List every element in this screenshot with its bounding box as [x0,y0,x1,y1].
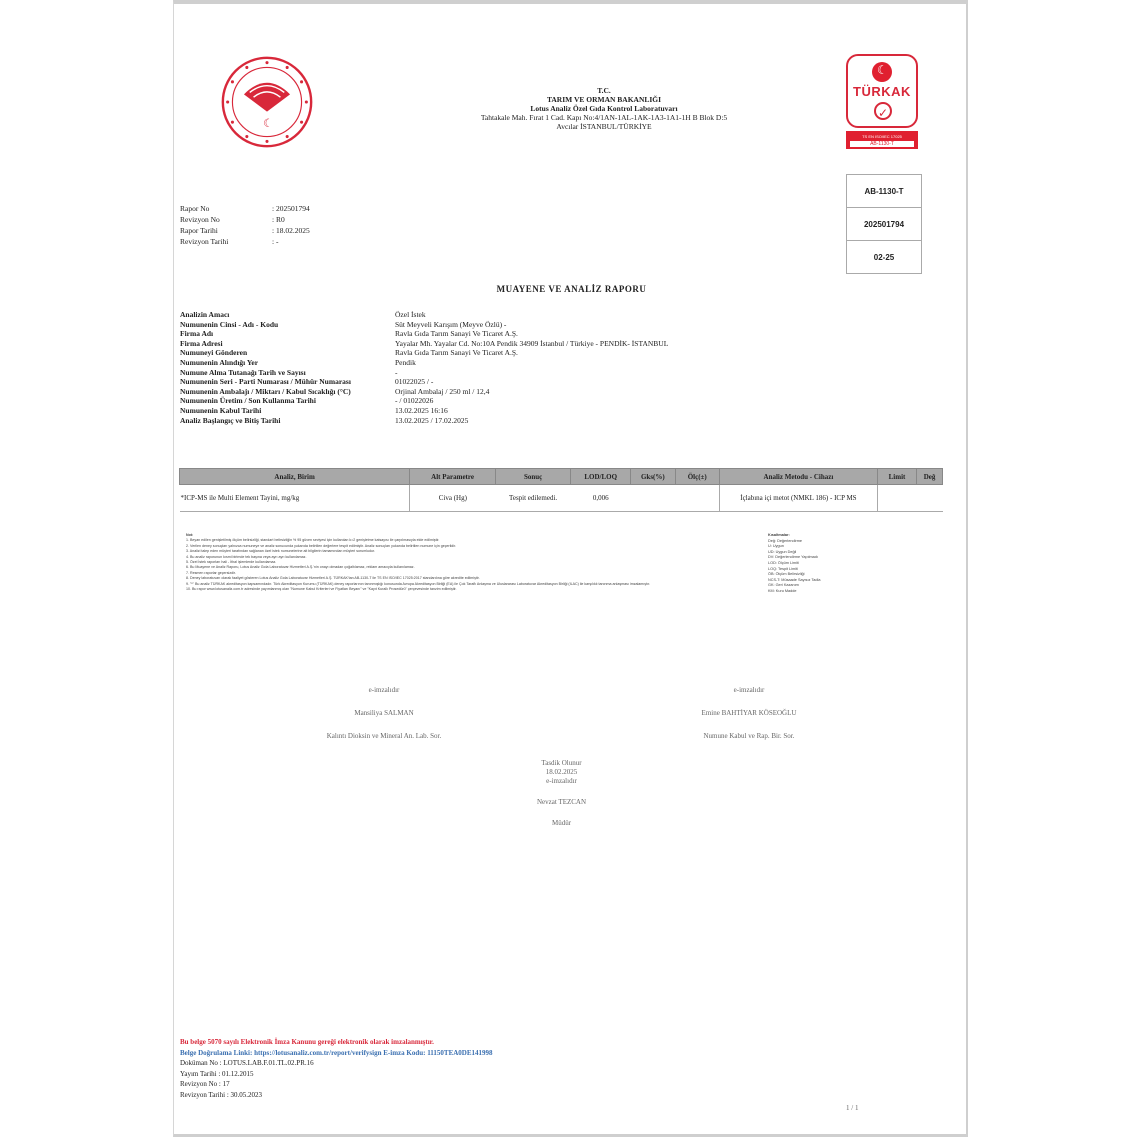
col-subparameter: Alt Parametre [410,469,496,485]
info-row: Numunenin Alındığı YerPendik [180,358,668,368]
page-number: 1 / 1 [846,1104,858,1112]
info-value: 13.02.2025 / 17.02.2025 [395,416,468,425]
col-evaluation: Değ [917,469,943,485]
accreditation-code-small: AB-1130-T [850,141,914,147]
info-row: Analiz Başlangıç ve Bitiş Tarihi13.02.20… [180,416,668,426]
meta-label: Revizyon Tarihi [180,236,272,247]
turkak-accreditation-badge: TÜRKAK ✓ TS EN ISO/IEC 17025 AB-1130-T [846,54,922,149]
document-number: Doküman No : LOTUS.LAB.F.01.TL.02.PR.16 [180,1058,493,1069]
signature-center: Tasdik Olunur 18.02.2025 e-imzalıdır Nev… [474,759,649,828]
cell-analysis: *ICP-MS ile Multi Element Tayini, mg/kg [180,485,410,512]
col-result: Sonuç [495,469,570,485]
info-value: Yayalar Mh. Yayalar Cd. No:10A Pendik 34… [395,339,668,348]
col-limit: Limit [877,469,916,485]
notes-section: Not: 1. Beyan edilen genişletilmiş ölçüm… [186,533,756,592]
info-label: Numunenin Kabul Tarihi [180,406,395,416]
crescent-star-icon [872,62,892,82]
signature-status: e-imzalıdır [639,685,859,696]
ministry-seal-icon: ☾ [219,54,315,150]
cell-method: İçlabına içi metot (NMKL 186) - ICP MS [719,485,877,512]
info-row: Numunenin Kabul Tarihi13.02.2025 16:16 [180,406,668,416]
meta-value: : - [272,237,278,246]
document-footer: Bu belge 5070 sayılı Elektronik İmza Kan… [180,1037,493,1100]
info-value: Özel İstek [395,310,426,319]
note-item: 10. Bu rapor www.lotusanaliz.com.tr adre… [186,587,756,592]
signature-status: e-imzalıdır [274,685,494,696]
info-value: 01022025 / - [395,377,433,386]
col-method: Analiz Metodu - Cihazı [719,469,877,485]
info-value: Süt Meyveli Karışım (Meyve Özlü) - [395,320,506,329]
info-value: - [395,368,398,377]
report-page: ☾ T.C. TARIM VE ORMAN BAKANLIĞI Lotus An… [173,0,968,1137]
header-address-line1: Tahtakale Mah. Fırat 1 Cad. Kapı No:4/1A… [424,113,784,122]
col-recovery: Gks(%) [631,469,675,485]
info-row: Numunenin Seri - Parti Numarası / Mühür … [180,377,668,387]
header-tc: T.C. [424,86,784,95]
signature-role: Müdür [474,819,649,828]
info-label: Numunenin Cinsi - Adı - Kodu [180,320,395,330]
meta-value: : 18.02.2025 [272,226,310,235]
accreditation-standard-text: TS EN ISO/IEC 17025 [846,134,918,139]
report-meta: Rapor No: 202501794 Revizyon No: R0 Rapo… [180,203,310,247]
checkmark-icon: ✓ [874,102,892,120]
signature-left: e-imzalıdır Mansiliya SALMAN Kalıntı Dio… [274,685,494,742]
meta-value: : 202501794 [272,204,310,213]
cell-subparameter: Civa (Hg) [410,485,496,512]
accreditation-standard: TS EN ISO/IEC 17025 AB-1130-T [846,131,918,149]
info-row: Numunenin Üretim / Son Kullanma Tarihi- … [180,396,668,406]
info-label: Numune Alma Tutanağı Tarih ve Sayısı [180,368,395,378]
svg-text:☾: ☾ [263,118,273,130]
signature-name: Nevzat TEZCAN [474,798,649,807]
info-label: Numuneyi Gönderen [180,348,395,358]
signature-right: e-imzalıdır Emine BAHTİYAR KÖSEOĞLU Numu… [639,685,859,742]
footer-revision-no: Revizyon No : 17 [180,1079,493,1090]
info-value: - / 01022026 [395,396,433,405]
signature-role: Kalıntı Dioksin ve Mineral An. Lab. Sor. [274,731,494,742]
info-label: Numunenin Üretim / Son Kullanma Tarihi [180,396,395,406]
header-lab-name: Lotus Analiz Özel Gıda Kontrol Laboratuv… [424,104,784,113]
header-address-line2: Avcılar İSTANBUL/TÜRKİYE [424,122,784,131]
header-ministry: TARIM VE ORMAN BAKANLIĞI [424,95,784,104]
abbreviation-item: KM: Kuru Madde [768,589,820,595]
institution-header: T.C. TARIM VE ORMAN BAKANLIĞI Lotus Anal… [424,86,784,131]
cell-uncertainty [675,485,719,512]
info-label: Numunenin Seri - Parti Numarası / Mühür … [180,377,395,387]
info-row: Numune Alma Tutanağı Tarih ve Sayısı- [180,368,668,378]
info-row: Analizin AmacıÖzel İstek [180,310,668,320]
signature-name: Mansiliya SALMAN [274,708,494,719]
table-row: *ICP-MS ile Multi Element Tayini, mg/kg … [180,485,943,512]
info-row: Firma AdresiYayalar Mh. Yayalar Cd. No:1… [180,339,668,349]
report-number-cell: 202501794 [847,208,922,241]
cell-recovery [631,485,675,512]
info-label: Analiz Başlangıç ve Bitiş Tarihi [180,416,395,426]
col-uncertainty: Ölç(±) [675,469,719,485]
document-title: MUAYENE VE ANALİZ RAPORU [174,284,969,294]
cell-evaluation [917,485,943,512]
meta-label: Rapor No [180,203,272,214]
col-analysis: Analiz, Birim [180,469,410,485]
meta-label: Revizyon No [180,214,272,225]
cell-limit [877,485,916,512]
info-value: Orjinal Ambalaj / 250 ml / 12,4 [395,387,489,396]
footer-revision-date: Revizyon Tarihi : 30.05.2023 [180,1090,493,1101]
info-value: Ravla Gıda Tarım Sanayi Ve Ticaret A.Ş. [395,329,518,338]
signature-status: e-imzalıdır [474,777,649,786]
publish-date: Yayım Tarihi : 01.12.2015 [180,1069,493,1080]
abbreviations-legend: Kısaltmalar: Değ: Değerlendirme U: Uygun… [768,533,820,595]
info-row: Numuneyi GönderenRavla Gıda Tarım Sanayi… [180,348,668,358]
approval-date: 18.02.2025 [474,768,649,777]
cell-result: Tespit edilemedi. [495,485,570,512]
sample-info: Analizin AmacıÖzel İstek Numunenin Cinsi… [180,310,668,425]
info-label: Numunenin Alındığı Yer [180,358,395,368]
info-label: Firma Adı [180,329,395,339]
results-header-row: Analiz, Birim Alt Parametre Sonuç LOD/LO… [180,469,943,485]
info-value: 13.02.2025 16:16 [395,406,448,415]
signature-role: Numune Kabul ve Rap. Bir. Sor. [639,731,859,742]
info-row: Firma AdıRavla Gıda Tarım Sanayi Ve Tica… [180,329,668,339]
info-value: Ravla Gıda Tarım Sanayi Ve Ticaret A.Ş. [395,348,518,357]
turkak-logo-text: TÜRKAK [848,84,916,99]
cell-lod-loq: 0,006 [571,485,631,512]
signature-name: Emine BAHTİYAR KÖSEOĞLU [639,708,859,719]
info-row: Numunenin Cinsi - Adı - KoduSüt Meyveli … [180,320,668,330]
info-value: Pendik [395,358,416,367]
approval-label: Tasdik Olunur [474,759,649,768]
esign-notice: Bu belge 5070 sayılı Elektronik İmza Kan… [180,1037,493,1048]
info-label: Firma Adresi [180,339,395,349]
accreditation-period: 02-25 [847,241,922,274]
accreditation-number: AB-1130-T [847,175,922,208]
meta-label: Rapor Tarihi [180,225,272,236]
results-table: Analiz, Birim Alt Parametre Sonuç LOD/LO… [179,468,943,512]
info-label: Analizin Amacı [180,310,395,320]
col-lod-loq: LOD/LOQ [571,469,631,485]
verification-link[interactable]: Belge Doğrulama Linki: https://lotusanal… [180,1048,493,1059]
accreditation-code-table: AB-1130-T 202501794 02-25 [846,174,922,274]
info-label: Numunenin Ambalajı / Miktarı / Kabul Sıc… [180,387,395,397]
info-row: Numunenin Ambalajı / Miktarı / Kabul Sıc… [180,387,668,397]
meta-value: : R0 [272,215,285,224]
